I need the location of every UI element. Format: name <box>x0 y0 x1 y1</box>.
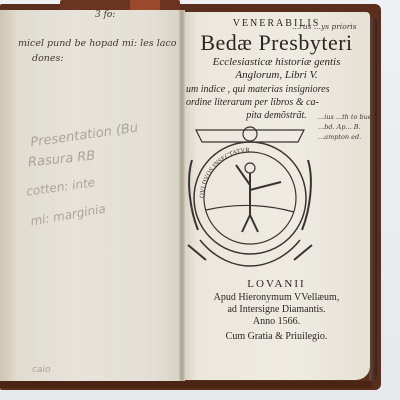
cover-right-edge <box>369 18 377 383</box>
title-cum-indice: um indice , qui materias insigniores <box>186 84 373 95</box>
imprint-city: LOVANII <box>183 278 370 290</box>
margin-note-side-3: ...ampton ed. <box>318 133 361 141</box>
emblem-motto: QVI DVOS INSECTATVR <box>199 147 251 198</box>
title-anglorum: Anglorum, Libri V. <box>183 69 370 81</box>
ink-inscription-top: 3 fo: <box>95 10 115 20</box>
cover-top-edge-highlight <box>130 0 160 10</box>
cover-bottom-edge <box>0 381 372 388</box>
title-bedae-presbyteri: Bedæ Presbyteri <box>183 30 370 56</box>
margin-note-top: ...rus ...ys prioris <box>292 22 357 31</box>
imprint-printer: Apud Hieronymum VVellæum, <box>183 292 370 303</box>
ink-inscription-line1: micel pund be hopad mi: les laco <box>18 38 176 49</box>
imprint-year: Anno 1566. <box>183 316 370 327</box>
pencil-note-5: caio <box>32 365 50 375</box>
ink-inscription-line2: dones: <box>32 53 64 64</box>
title-ecclesiasticae: Ecclesiasticæ historiæ gentis <box>183 56 370 68</box>
title-ordine: ordine literarum per libros & ca- <box>186 97 373 108</box>
margin-note-side-2: ...bd. Ap... B. <box>318 123 361 131</box>
svg-text:QVI DVOS INSECTATVR: QVI DVOS INSECTATVR <box>199 147 251 198</box>
margin-note-side-1: ...ius ...th to bue <box>318 113 372 121</box>
printers-device-emblem: QVI DVOS INSECTATVR <box>186 120 314 270</box>
imprint-sign: ad Intersigne Diamantis. <box>183 304 370 315</box>
imprint-privilege: Cum Gratia & Priuilegio. <box>183 331 370 342</box>
